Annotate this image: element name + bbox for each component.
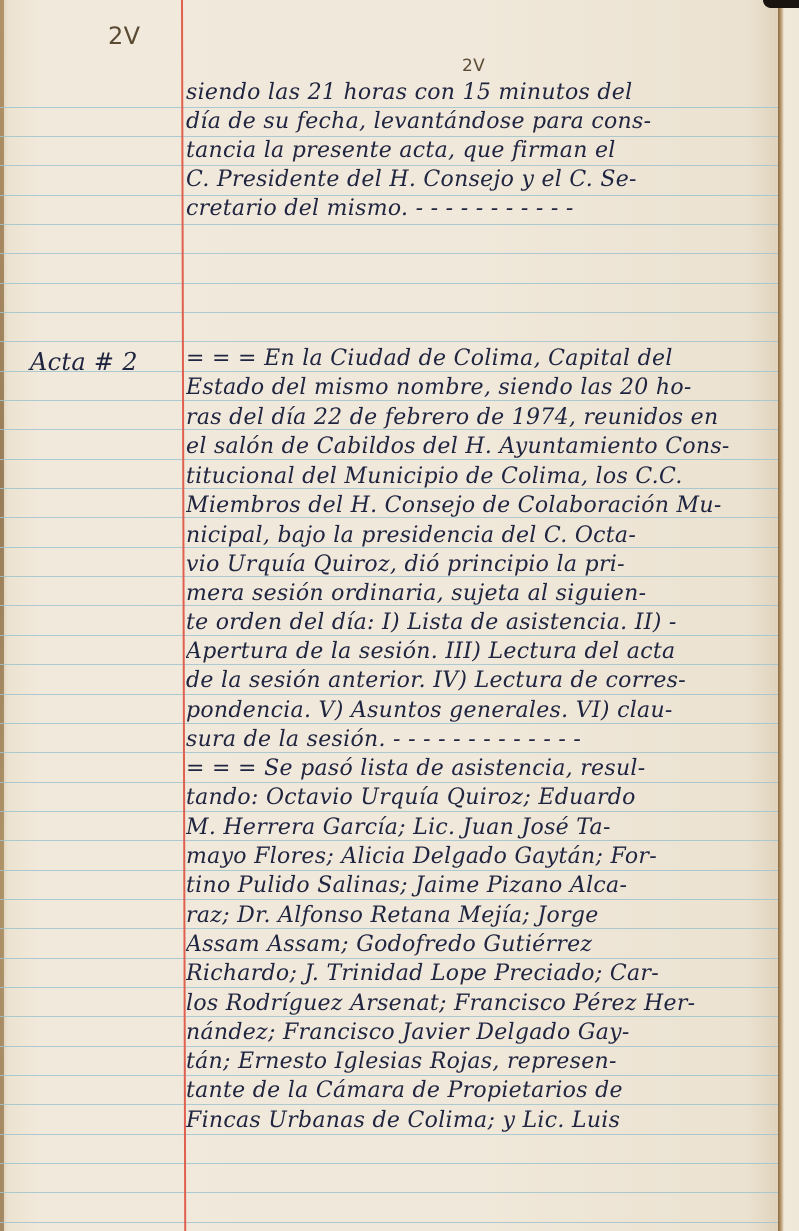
ruled-line [0, 1075, 785, 1076]
text-line: titucional del Municipio de Colima, los … [186, 464, 776, 489]
text-line: Fincas Urbanas de Colima; y Lic. Luis [186, 1108, 776, 1133]
text-line: Apertura de la sesión. III) Lectura del … [186, 639, 776, 664]
text-line: mayo Flores; Alicia Delgado Gaytán; For- [186, 844, 776, 869]
text-line: de la sesión anterior. IV) Lectura de co… [186, 668, 776, 693]
text-line: sura de la sesión. - - - - - - - - - - -… [186, 727, 776, 752]
text-line: tancia la presente acta, que firman el [186, 138, 776, 163]
text-line: día de su fecha, levantándose para cons- [186, 109, 776, 134]
text-line: nicipal, bajo la presidencia del C. Octa… [186, 523, 776, 548]
text-line: mera sesión ordinaria, sujeta al siguien… [186, 581, 776, 606]
ruled-line [0, 283, 785, 284]
book-binding-edge [778, 0, 799, 1231]
ruled-line [0, 312, 785, 313]
text-line: Richardo; J. Trinidad Lope Preciado; Car… [186, 961, 776, 986]
text-line: = = = En la Ciudad de Colima, Capital de… [186, 346, 776, 371]
folio-top-number: 2V [462, 56, 485, 76]
text-line: Estado del mismo nombre, siendo las 20 h… [186, 375, 776, 400]
ruled-line [0, 958, 785, 959]
ruled-line [0, 1104, 785, 1105]
text-line: tán; Ernesto Iglesias Rojas, represen- [186, 1049, 776, 1074]
text-line: raz; Dr. Alfonso Retana Mejía; Jorge [186, 903, 776, 928]
text-line: el salón de Cabildos del H. Ayuntamiento… [186, 434, 776, 459]
ruled-line [0, 1134, 785, 1135]
ruled-line [0, 928, 785, 929]
text-line: tando: Octavio Urquía Quiroz; Eduardo [186, 785, 776, 810]
ruled-line [0, 1222, 785, 1223]
ruled-line [0, 224, 785, 225]
text-line: siendo las 21 horas con 15 minutos del [186, 80, 776, 105]
acta-margin-label: Acta # 2 [30, 348, 138, 376]
text-line: = = = Se pasó lista de asistencia, resul… [186, 756, 776, 781]
text-line: Assam Assam; Godofredo Gutiérrez [186, 932, 776, 957]
ruled-line [0, 400, 785, 401]
ruled-line [0, 723, 785, 724]
ruled-line [0, 840, 785, 841]
text-line: pondencia. V) Asuntos generales. VI) cla… [186, 698, 776, 723]
book-cover-corner [763, 0, 799, 8]
text-line: vio Urquía Quiroz, dió principio la pri- [186, 552, 776, 577]
ruled-line [0, 1016, 785, 1017]
ruled-line [0, 752, 785, 753]
ruled-line [0, 1046, 785, 1047]
text-line: los Rodríguez Arsenat; Francisco Pérez H… [186, 991, 776, 1016]
text-line: tante de la Cámara de Propietarios de [186, 1078, 776, 1103]
ruled-line [0, 694, 785, 695]
ruled-line [0, 782, 785, 783]
ruled-line [0, 107, 785, 108]
ruled-line [0, 664, 785, 665]
ruled-line [0, 459, 785, 460]
text-line: M. Herrera García; Lic. Juan José Ta- [186, 815, 776, 840]
ruled-line [0, 253, 785, 254]
ruled-line [0, 136, 785, 137]
text-line: C. Presidente del H. Consejo y el C. Se- [186, 167, 776, 192]
text-line: nández; Francisco Javier Delgado Gay- [186, 1020, 776, 1045]
text-line: tino Pulido Salinas; Jaime Pizano Alca- [186, 873, 776, 898]
ruled-line [0, 341, 785, 342]
text-line: ras del día 22 de febrero de 1974, reuni… [186, 405, 776, 430]
ruled-line [0, 987, 785, 988]
text-line: cretario del mismo. - - - - - - - - - - … [186, 196, 776, 221]
text-line: Miembros del H. Consejo de Colaboración … [186, 493, 776, 518]
ruled-line [0, 635, 785, 636]
ruled-line [0, 1192, 785, 1193]
ruled-line [0, 1163, 785, 1164]
folio-margin-number: 2V [108, 22, 140, 50]
ruled-line [0, 870, 785, 871]
ruled-line [0, 165, 785, 166]
ruled-line [0, 811, 785, 812]
text-line: te orden del día: I) Lista de asistencia… [186, 610, 776, 635]
ruled-line [0, 899, 785, 900]
notebook-page: 2V 2V siendo las 21 horas con 15 minutos… [0, 0, 785, 1231]
